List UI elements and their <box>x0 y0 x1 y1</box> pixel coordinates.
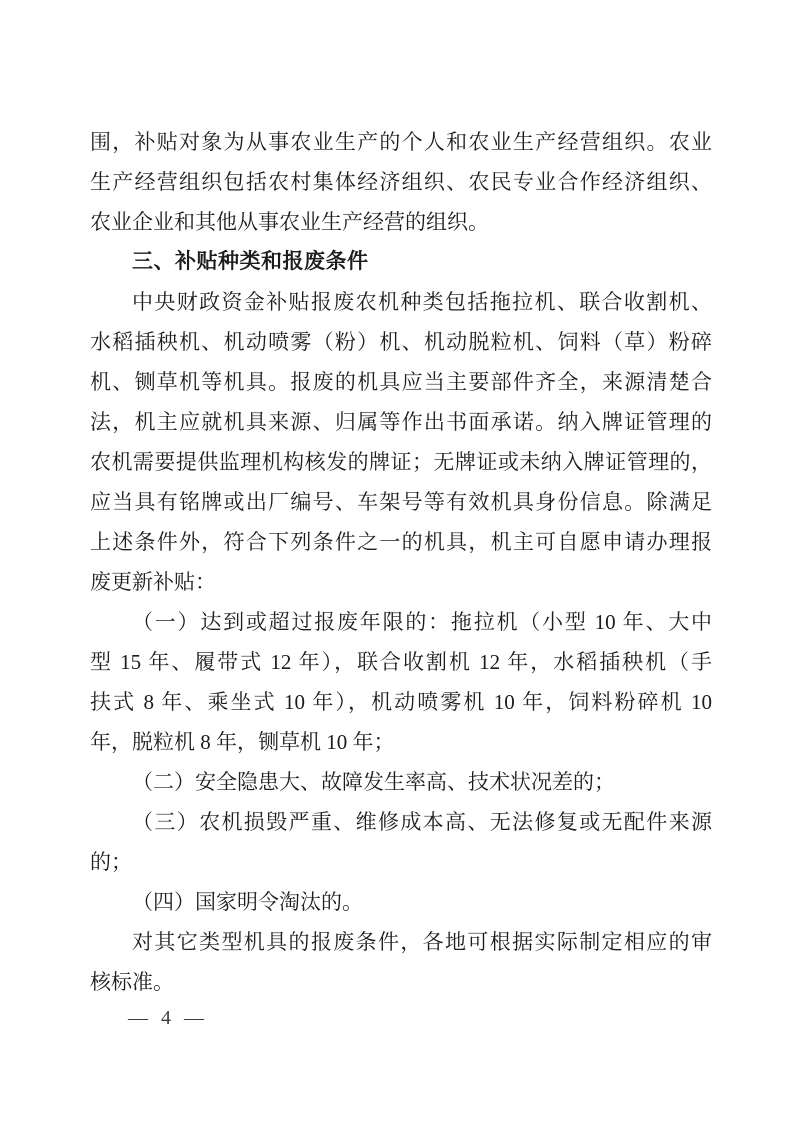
text-line: （四）国家明令淘汰的。 <box>90 882 712 922</box>
text-line: （一）达到或超过报废年限的：拖拉机（小型 10 年、大中 <box>90 602 712 642</box>
text-line: 的； <box>90 842 712 882</box>
text-line: 上述条件外，符合下列条件之一的机具，机主可自愿申请办理报 <box>90 522 712 562</box>
text-line: 应当具有铭牌或出厂编号、车架号等有效机具身份信息。除满足 <box>90 482 712 522</box>
text-line: 年，脱粒机 8 年，铡草机 10 年； <box>90 722 712 762</box>
text-line: （二）安全隐患大、故障发生率高、技术状况差的； <box>90 762 712 802</box>
text-line: 扶式 8 年、乘坐式 10 年），机动喷雾机 10 年，饲料粉碎机 10 <box>90 682 712 722</box>
page-number: — 4 — <box>128 1003 208 1033</box>
text-line: 生产经营组织包括农村集体经济组织、农民专业合作经济组织、 <box>90 162 712 202</box>
document-page: 围，补贴对象为从事农业生产的个人和农业生产经营组织。农业生产经营组织包括农村集体… <box>0 0 794 1122</box>
text-line: 中央财政资金补贴报废农机种类包括拖拉机、联合收割机、 <box>90 282 712 322</box>
text-line: 农机需要提供监理机构核发的牌证；无牌证或未纳入牌证管理的， <box>90 442 712 482</box>
text-line: 三、补贴种类和报废条件 <box>90 242 712 282</box>
text-line: 型 15 年、履带式 12 年），联合收割机 12 年，水稻插秧机（手 <box>90 642 712 682</box>
text-line: （三）农机损毁严重、维修成本高、无法修复或无配件来源 <box>90 802 712 842</box>
text-line: 法，机主应就机具来源、归属等作出书面承诺。纳入牌证管理的 <box>90 402 712 442</box>
text-line: 农业企业和其他从事农业生产经营的组织。 <box>90 202 712 242</box>
text-line: 废更新补贴： <box>90 562 712 602</box>
text-line: 围，补贴对象为从事农业生产的个人和农业生产经营组织。农业 <box>90 122 712 162</box>
text-line: 机、铡草机等机具。报废的机具应当主要部件齐全，来源清楚合 <box>90 362 712 402</box>
text-line: 对其它类型机具的报废条件，各地可根据实际制定相应的审 <box>90 922 712 962</box>
text-line: 水稻插秧机、机动喷雾（粉）机、机动脱粒机、饲料（草）粉碎 <box>90 322 712 362</box>
text-line: 核标准。 <box>90 962 712 1002</box>
document-body: 围，补贴对象为从事农业生产的个人和农业生产经营组织。农业生产经营组织包括农村集体… <box>90 122 712 1002</box>
